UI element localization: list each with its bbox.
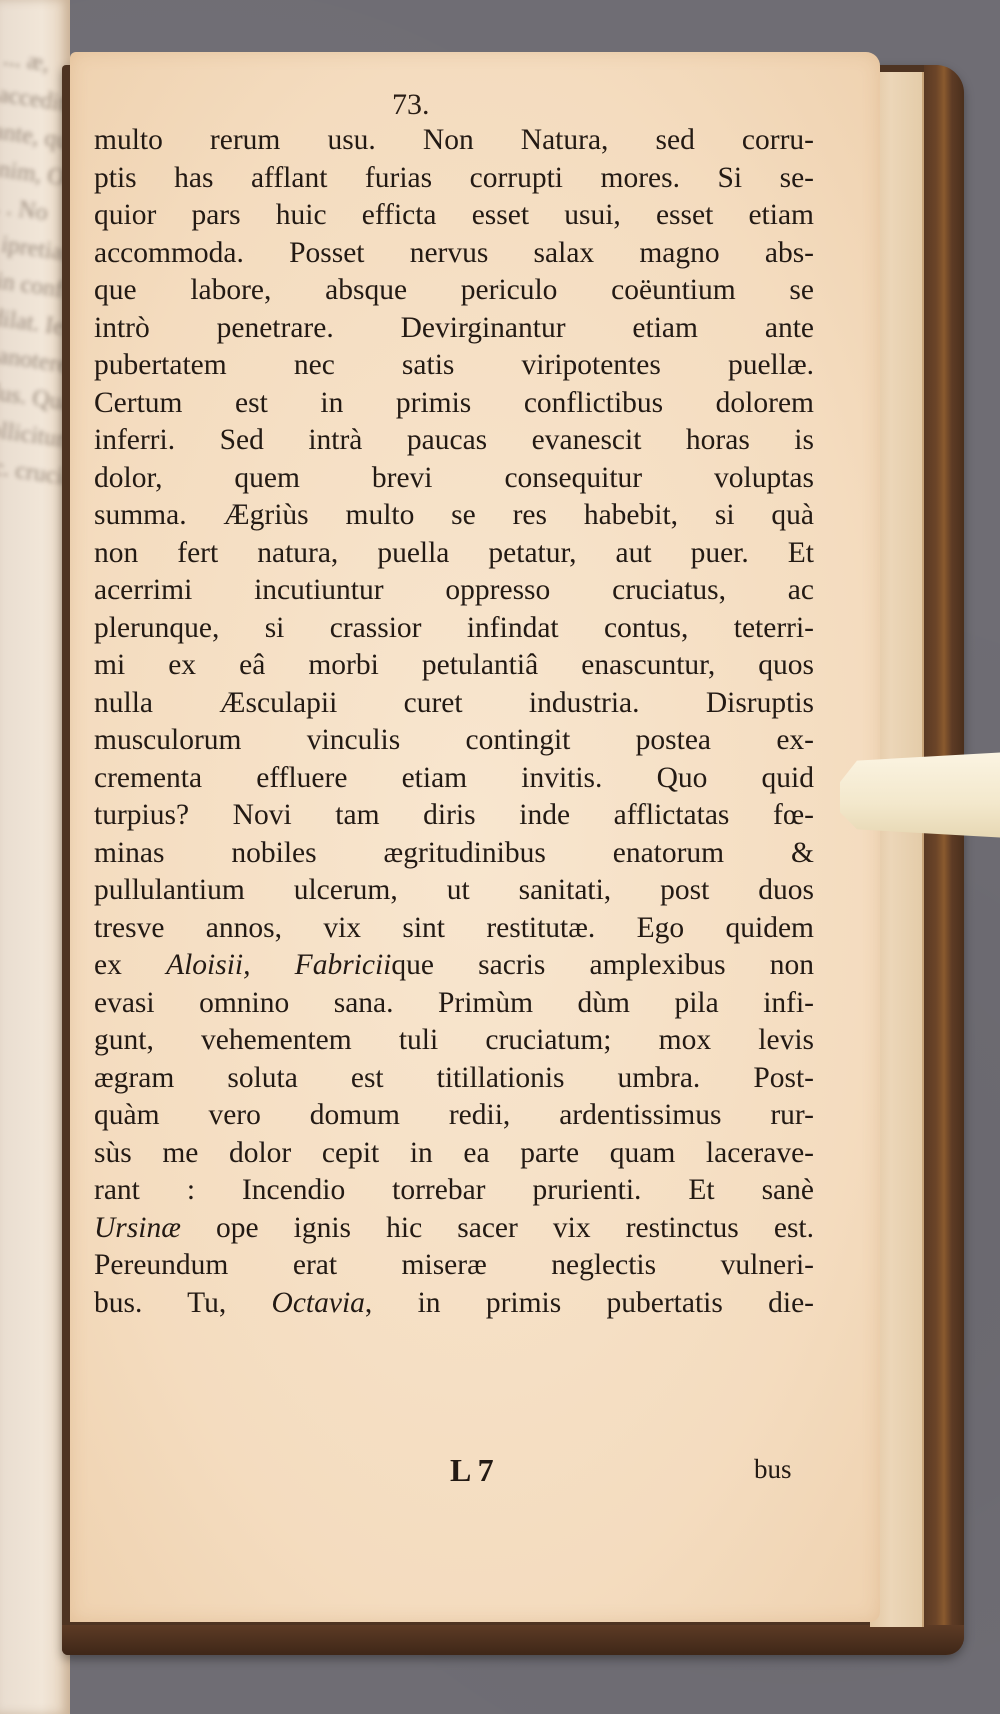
text-line: multo rerum usu. Non Natura, sed corru- [94, 122, 814, 160]
catchword: bus [754, 1454, 792, 1485]
text-line: nulla Æsculapii curet industria. Disrupt… [94, 685, 814, 723]
text-line: non fert natura, puella petatur, aut pue… [94, 535, 814, 573]
text-line: gunt, vehementem tuli cruciatum; mox lev… [94, 1022, 814, 1060]
cover-edge-right [924, 65, 964, 1655]
text-line: quior pars huic efficta esset usui, esse… [94, 197, 814, 235]
book-page: 73. multo rerum usu. Non Natura, sed cor… [70, 52, 880, 1622]
italic-name: Aloisii, Fabricii [166, 949, 391, 981]
text-line: tresve annos, vix sint restitutæ. Ego qu… [94, 910, 814, 948]
text-line: rant : Incendio torrebar prurienti. Et s… [94, 1172, 814, 1210]
text-line: intrò penetrare. Devirginantur etiam ant… [94, 310, 814, 348]
facing-page-left: ... æ, accedit, ante, que anim, Ornamu .… [0, 0, 70, 1714]
ivory-page-holder [840, 752, 1000, 838]
text-line: inferri. Sed intrà paucas evanescit hora… [94, 422, 814, 460]
text-line: turpius? Novi tam diris inde afflictatas… [94, 797, 814, 835]
text-line: musculorum vinculis contingit postea ex- [94, 722, 814, 760]
text-line: minas nobiles ægritudinibus enatorum & [94, 835, 814, 873]
text-line: acerrimi incutiuntur oppresso cruciatus,… [94, 572, 814, 610]
text-line: ægram soluta est titillationis umbra. Po… [94, 1060, 814, 1098]
text-line: dolor, quem brevi consequitur voluptas [94, 460, 814, 498]
italic-name: Octavia [272, 1287, 365, 1319]
text-line: accommoda. Posset nervus salax magno abs… [94, 235, 814, 273]
text-line: pubertatem nec satis viripotentes puellæ… [94, 347, 814, 385]
text-line: plerunque, si crassior infindat contus, … [94, 610, 814, 648]
text-line: Pereundum erat miseræ neglectis vulneri- [94, 1247, 814, 1285]
page-number: 73. [392, 88, 430, 122]
text-line: Certum est in primis conflictibus dolore… [94, 385, 814, 423]
text-line: sùs me dolor cepit in ea parte quam lace… [94, 1135, 814, 1173]
text-line: mi ex eâ morbi petulantiâ enascuntur, qu… [94, 647, 814, 685]
signature-mark: L 7 [450, 1452, 494, 1489]
facing-page-ghost-text: ... æ, accedit, ante, que anim, Ornamu .… [0, 40, 65, 488]
text-line: pullulantium ulcerum, ut sanitati, post … [94, 872, 814, 910]
page-text-block: multo rerum usu. Non Natura, sed corru- … [94, 122, 814, 1322]
text-line: summa. Ægriùs multo se res habebit, si q… [94, 497, 814, 535]
italic-name: Ursinæ [94, 1212, 181, 1244]
text-line: bus. Tu, Octavia, in primis pubertatis d… [94, 1285, 814, 1323]
text-line: ptis has afflant furias corrupti mores. … [94, 160, 814, 198]
text-line: Ursinæ ope ignis hic sacer vix restinctu… [94, 1210, 814, 1248]
cover-edge-bottom [62, 1625, 964, 1655]
text-line: que labore, absque periculo coëuntium se [94, 272, 814, 310]
text-line: crementa effluere etiam invitis. Quo qui… [94, 760, 814, 798]
text-line: quàm vero domum redii, ardentissimus rur… [94, 1097, 814, 1135]
text-line: evasi omnino sana. Primùm dùm pila infi- [94, 985, 814, 1023]
text-line: ex Aloisii, Fabriciique sacris amplexibu… [94, 947, 814, 985]
